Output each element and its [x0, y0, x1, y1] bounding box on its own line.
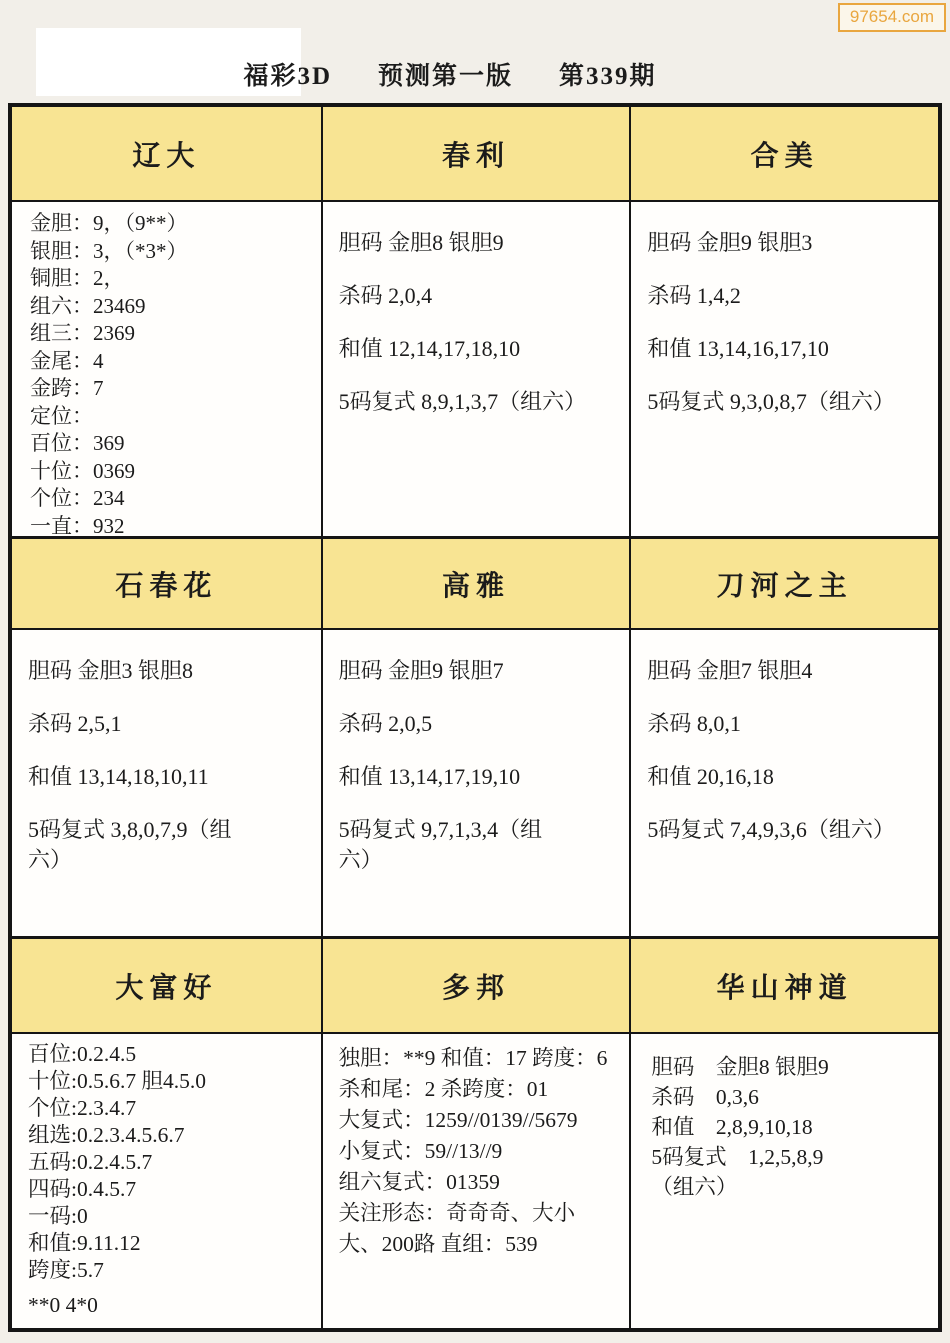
panel-body-duobang: 独胆：**9 和值：17 跨度：6杀和尾：2 杀跨度：01大复式：1259//0…: [321, 1034, 630, 1328]
prediction-line: 5码复式 9,3,0,8,7（组六）: [647, 387, 926, 417]
panel-header-daohezhizhu: 刀河之主: [629, 539, 938, 628]
prediction-line: 和值 13,14,17,19,10: [339, 762, 618, 792]
prediction-line: 杀和尾：2 杀跨度：01: [339, 1074, 618, 1105]
prediction-line: 杀码 8,0,1: [647, 709, 926, 739]
header-row-2: 石春花 高雅 刀河之主: [12, 536, 938, 630]
body-row-3: 百位:0.2.4.5十位:0.5.6.7 胆4.5.0个位:2.3.4.7组选:…: [12, 1034, 938, 1328]
prediction-line: 和值 20,16,18: [647, 762, 926, 792]
panel-title: 多邦: [442, 966, 510, 1006]
prediction-line: 和值 13,14,16,17,10: [647, 334, 926, 364]
panel-body-daohezhizhu: 胆码 金胆7 银胆4杀码 8,0,1和值 20,16,185码复式 7,4,9,…: [629, 630, 938, 936]
title-issue-number: 第339期: [559, 56, 657, 92]
panel-title: 华山神道: [717, 966, 853, 1006]
prediction-line: 胆码 金胆9 银胆7: [339, 656, 618, 686]
title-lottery-name: 福彩3D: [243, 56, 332, 92]
prediction-line: 五码:0.2.4.5.7: [28, 1149, 309, 1176]
panel-header-hemei: 合美: [629, 107, 938, 200]
panel-header-liaoda: 辽大: [12, 107, 321, 200]
panel-header-duobang: 多邦: [321, 939, 630, 1032]
prediction-line: 5码复式 9,7,1,3,4（组六）: [339, 815, 618, 875]
prediction-line: 跨度:5.7: [28, 1257, 309, 1284]
prediction-table: 辽大 春利 合美 金胆：9，（9**）银胆：3，（*3*）铜胆：2，组六：234…: [8, 103, 942, 1332]
prediction-line: 大、200路 直组：539: [339, 1229, 618, 1260]
prediction-line: 百位:0.2.4.5: [28, 1041, 309, 1068]
prediction-line: **0 4*0: [28, 1292, 309, 1319]
prediction-line: 铜胆：2，: [30, 265, 309, 293]
prediction-line: 和值 2,8,9,10,18: [651, 1112, 926, 1142]
panel-body-hemei: 胆码 金胆9 银胆3杀码 1,4,2和值 13,14,16,17,105码复式 …: [629, 202, 938, 536]
prediction-line: 和值:9.11.12: [28, 1230, 309, 1257]
prediction-line: 十位：0369: [30, 458, 309, 486]
prediction-line: 独胆：**9 和值：17 跨度：6: [339, 1043, 618, 1074]
prediction-line: 组六复式：01359: [339, 1167, 618, 1198]
panel-body-gaoya: 胆码 金胆9 银胆7杀码 2,0,5和值 13,14,17,19,105码复式 …: [321, 630, 630, 936]
panel-title: 合美: [751, 134, 819, 174]
header-row-1: 辽大 春利 合美: [12, 107, 938, 202]
body-row-1: 金胆：9，（9**）银胆：3，（*3*）铜胆：2，组六：23469组三：2369…: [12, 202, 938, 536]
panel-body-huashanshendao: 胆码 金胆8 银胆9杀码 0,3,6和值 2,8,9,10,185码复式 1,2…: [629, 1034, 938, 1328]
prediction-line: 金跨：7: [30, 375, 309, 403]
prediction-line: 胆码 金胆3 银胆8: [28, 656, 309, 686]
title-edition: 预测第一版: [378, 56, 513, 92]
prediction-line: 大复式：1259//0139//5679: [339, 1105, 618, 1136]
header-row-3: 大富好 多邦 华山神道: [12, 936, 938, 1034]
panel-header-shichunhua: 石春花: [12, 539, 321, 628]
panel-title: 刀河之主: [717, 564, 853, 604]
panel-title: 石春花: [115, 564, 217, 604]
prediction-line: 胆码 金胆9 银胆3: [647, 228, 926, 258]
prediction-line: 5码复式 3,8,0,7,9（组六）: [28, 815, 309, 875]
panel-body-shichunhua: 胆码 金胆3 银胆8杀码 2,5,1和值 13,14,18,10,115码复式 …: [12, 630, 321, 936]
panel-title: 高雅: [442, 564, 510, 604]
prediction-line: 组三：2369: [30, 320, 309, 348]
prediction-line: 四码:0.4.5.7: [28, 1176, 309, 1203]
prediction-line: 金胆：9，（9**）: [30, 210, 309, 238]
panel-header-huashanshendao: 华山神道: [629, 939, 938, 1032]
prediction-line: 胆码 金胆8 银胆9: [651, 1052, 926, 1082]
prediction-line: 一直：932: [30, 513, 309, 537]
body-row-2: 胆码 金胆3 银胆8杀码 2,5,1和值 13,14,18,10,115码复式 …: [12, 630, 938, 936]
panel-title: 大富好: [115, 966, 217, 1006]
prediction-line: 5码复式 1,2,5,8,9（组六）: [651, 1142, 926, 1202]
panel-body-liaoda: 金胆：9，（9**）银胆：3，（*3*）铜胆：2，组六：23469组三：2369…: [12, 202, 321, 536]
panel-header-dafuhao: 大富好: [12, 939, 321, 1032]
panel-title: 春利: [442, 134, 510, 174]
prediction-line: 百位：369: [30, 430, 309, 458]
site-watermark: 97654.com: [838, 3, 946, 32]
prediction-line: 5码复式 7,4,9,3,6（组六）: [647, 815, 926, 845]
prediction-line: 胆码 金胆8 银胆9: [339, 228, 618, 258]
prediction-line: 金尾：4: [30, 348, 309, 376]
page-title: 福彩3D 预测第一版 第339期: [0, 56, 925, 92]
panel-body-dafuhao: 百位:0.2.4.5十位:0.5.6.7 胆4.5.0个位:2.3.4.7组选:…: [12, 1034, 321, 1328]
panel-body-chunli: 胆码 金胆8 银胆9杀码 2,0,4和值 12,14,17,18,105码复式 …: [321, 202, 630, 536]
prediction-line: 一码:0: [28, 1203, 309, 1230]
prediction-line: 杀码 2,0,5: [339, 709, 618, 739]
prediction-line: 和值 12,14,17,18,10: [339, 334, 618, 364]
prediction-line: 杀码 2,0,4: [339, 281, 618, 311]
prediction-line: 银胆：3，（*3*）: [30, 238, 309, 266]
prediction-line: 定位：: [30, 403, 309, 431]
panel-header-gaoya: 高雅: [321, 539, 630, 628]
prediction-line: 杀码 2,5,1: [28, 709, 309, 739]
prediction-line: 组六：23469: [30, 293, 309, 321]
panel-header-chunli: 春利: [321, 107, 630, 200]
panel-title: 辽大: [132, 134, 200, 174]
prediction-line: 杀码 1,4,2: [647, 281, 926, 311]
prediction-line: 组选:0.2.3.4.5.6.7: [28, 1122, 309, 1149]
prediction-line: 和值 13,14,18,10,11: [28, 762, 309, 792]
prediction-line: 十位:0.5.6.7 胆4.5.0: [28, 1068, 309, 1095]
prediction-line: 个位：234: [30, 485, 309, 513]
prediction-line: 小复式：59//13//9: [339, 1136, 618, 1167]
prediction-line: 个位:2.3.4.7: [28, 1095, 309, 1122]
prediction-line: 杀码 0,3,6: [651, 1082, 926, 1112]
prediction-line: 关注形态：奇奇奇、大小: [339, 1198, 618, 1229]
prediction-line: 5码复式 8,9,1,3,7（组六）: [339, 387, 618, 417]
prediction-line: 胆码 金胆7 银胆4: [647, 656, 926, 686]
